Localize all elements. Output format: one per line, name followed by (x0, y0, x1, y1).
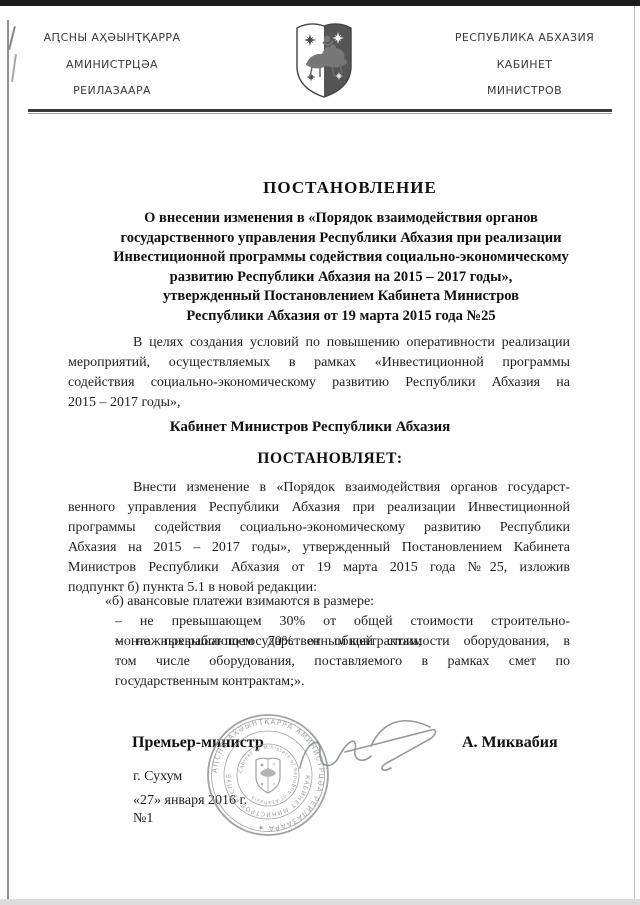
text-line: Абхазия на 2015 – 2017 годы», утвержденн… (68, 538, 570, 558)
scan-edge-top (0, 0, 640, 6)
text-line: – не превышающем 70% от общей стоимости … (115, 632, 570, 652)
subject-line: развитию Республики Абхазия на 2015 – 20… (91, 268, 591, 288)
letterhead-line: АԤСНЫ АҲӘЫНҬҚАРРА (28, 25, 196, 52)
resolves-line: ПОСТАНОВЛЯЕТ: (80, 450, 580, 468)
letterhead-line: КАБИНЕТ (432, 52, 617, 79)
place-line: г. Сухум (133, 769, 182, 785)
text-line: программы содействия социально-экономиче… (68, 518, 570, 538)
subject-line: Республики Абхазия от 19 марта 2015 года… (91, 307, 591, 327)
text-line: содействия социально-экономическому разв… (68, 373, 570, 393)
letterhead-left: АԤСНЫ АҲӘЫНҬҚАРРА АМИНИСТРЦӘА РЕИЛАЗААРА (28, 25, 196, 105)
quote-block: «б) авансовые платежи взимаются в размер… (105, 592, 570, 652)
subject-line: Инвестиционной программы содействия соци… (91, 248, 591, 268)
letterhead-line: РЕИЛАЗААРА (28, 78, 196, 105)
text-line: Внести изменение в «Порядок взаимодейств… (68, 478, 570, 498)
scan-edge-bottom (0, 899, 640, 905)
quote-intro: «б) авансовые платежи взимаются в размер… (105, 592, 570, 612)
signature-scrawl (285, 700, 445, 785)
signatory-name: А. Миквабия (462, 734, 558, 752)
scanned-decree-page: АԤСНЫ АҲӘЫНҬҚАРРА АМИНИСТРЦӘА РЕИЛАЗААРА (0, 0, 640, 905)
document-title: ПОСТАНОВЛЕНИЕ (200, 178, 500, 198)
subject-line: государственного управления Республики А… (91, 229, 591, 249)
scan-edge-right (634, 6, 635, 899)
issuing-body-line: Кабинет Министров Республики Абхазия (60, 419, 560, 436)
letterhead-line: МИНИСТРОВ (432, 78, 617, 105)
text-line: 2015 – 2017 годы», (68, 393, 570, 413)
letterhead-line: АМИНИСТРЦӘА (28, 52, 196, 79)
subject-heading: О внесении изменения в «Порядок взаимоде… (91, 209, 591, 326)
text-line: Министров Республики Абхазия от 19 марта… (68, 558, 570, 578)
decree-number: №1 (133, 811, 153, 827)
quote-item: – не превышающем 70% от общей стоимости … (115, 632, 570, 652)
text-line: том числе оборудования, поставляемого в … (115, 652, 570, 672)
text-line: В целях создания условий по повышению оп… (68, 333, 570, 353)
subject-line: О внесении изменения в «Порядок взаимоде… (91, 209, 591, 229)
scan-edge-left (7, 20, 9, 899)
coat-of-arms-icon (296, 19, 352, 99)
letterhead-line: РЕСПУБЛИКА АБХАЗИЯ (432, 25, 617, 52)
quote-item: – не превышающем 30% от общей стоимости … (115, 612, 570, 632)
text-line: государственным контрактам;». (115, 672, 570, 692)
scan-smudge (8, 26, 16, 50)
scan-smudge (11, 54, 17, 82)
letterhead-rule (28, 109, 612, 114)
text-line: венного управления Республики Абхазия пр… (68, 498, 570, 518)
text-line: мероприятий, осуществляемых в рамках «Ин… (68, 353, 570, 373)
letterhead-right: РЕСПУБЛИКА АБХАЗИЯ КАБИНЕТ МИНИСТРОВ (432, 25, 617, 105)
text-line: – не превышающем 30% от общей стоимости … (115, 612, 570, 632)
subject-line: утвержденный Постановлением Кабинета Мин… (91, 287, 591, 307)
stamp-shield-icon (256, 758, 280, 793)
operative-paragraph: Внести изменение в «Порядок взаимодейств… (68, 478, 570, 598)
preamble-paragraph: В целях создания условий по повышению оп… (68, 333, 570, 413)
